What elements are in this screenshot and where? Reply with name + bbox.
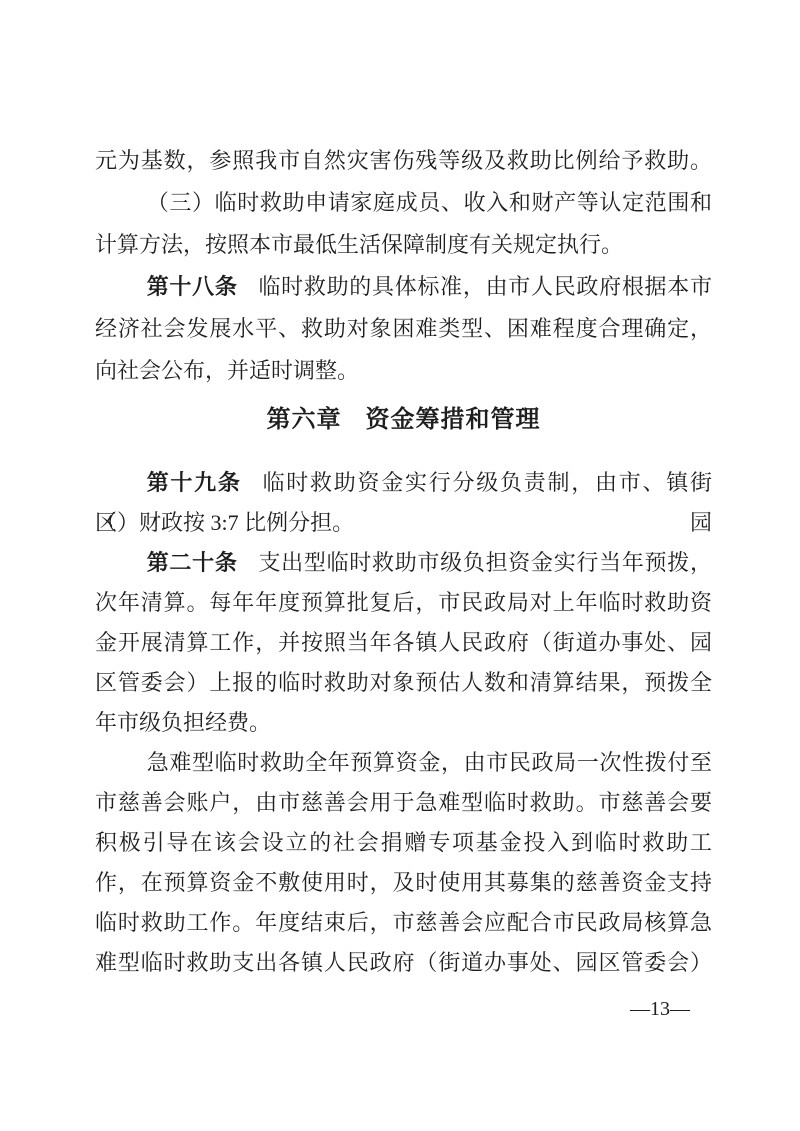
- doc-line-text: 难型临时救助支出各镇人民政府（街道办事处、园区管委会）: [95, 950, 712, 975]
- doc-line-text: 区）财政按 3:7 比例分担。: [95, 510, 354, 535]
- article-number-label: 第十九条: [147, 470, 242, 495]
- chapter-number: 第六章: [267, 406, 342, 433]
- doc-line-text: 支出型临时救助市级负担资金实行当年预拨，: [258, 550, 712, 575]
- doc-line: 作，在预算资金不敷使用时，及时使用其募集的慈善资金支持: [95, 863, 712, 903]
- doc-line-text: 区管委会）上报的临时救助对象预估人数和清算结果，预拨全: [95, 670, 712, 695]
- chapter-title: 资金筹措和管理: [366, 406, 541, 433]
- doc-line: 急难型临时救助全年预算资金，由市民政局一次性拨付至: [95, 743, 712, 783]
- doc-line: 第十九条临时救助资金实行分级负责制，由市、镇街（园: [95, 463, 712, 503]
- doc-line-text: 急难型临时救助全年预算资金，由市民政局一次性拨付至: [147, 750, 712, 775]
- doc-line-text: 元为基数，参照我市自然灾害伤残等级及救助比例给予救助。: [95, 148, 712, 173]
- doc-line: 区管委会）上报的临时救助对象预估人数和清算结果，预拨全: [95, 663, 712, 703]
- doc-line: 第十八条临时救助的具体标准，由市人民政府根据本市: [95, 266, 712, 308]
- doc-line-text: 临时救助工作。年度结束后，市慈善会应配合市民政局核算急: [95, 910, 712, 935]
- doc-line: 金开展清算工作，并按照当年各镇人民政府（街道办事处、园: [95, 623, 712, 663]
- doc-line-text: 年市级负担经费。: [95, 710, 271, 735]
- doc-line: 第二十条支出型临时救助市级负担资金实行当年预拨，: [95, 543, 712, 583]
- doc-line: 临时救助工作。年度结束后，市慈善会应配合市民政局核算急: [95, 903, 712, 943]
- doc-line-text: （三）临时救助申请家庭成员、收入和财产等认定范围和: [147, 190, 712, 215]
- page-footer: —13—: [95, 997, 712, 1021]
- doc-line: 积极引导在该会设立的社会捐赠专项基金投入到临时救助工: [95, 823, 712, 863]
- doc-line: 年市级负担经费。: [95, 703, 712, 743]
- doc-line: 市慈善会账户，由市慈善会用于急难型临时救助。市慈善会要: [95, 783, 712, 823]
- doc-line: （三）临时救助申请家庭成员、收入和财产等认定范围和: [95, 182, 712, 224]
- doc-line-text: 计算方法，按照本市最低生活保障制度有关规定执行。: [95, 232, 623, 257]
- doc-line-text: 向社会公布，并适时调整。: [95, 358, 359, 383]
- doc-line-text: 临时救助的具体标准，由市人民政府根据本市: [258, 274, 712, 299]
- doc-line: 计算方法，按照本市最低生活保障制度有关规定执行。: [95, 224, 712, 266]
- doc-line-text: 经济社会发展水平、救助对象困难类型、困难程度合理确定，: [95, 316, 712, 341]
- article-number-label: 第十八条: [147, 274, 238, 299]
- chapter-heading: 第六章资金筹措和管理: [95, 404, 712, 436]
- page-number: —13—: [630, 998, 690, 1020]
- doc-line: 难型临时救助支出各镇人民政府（街道办事处、园区管委会）: [95, 943, 712, 983]
- doc-line: 元为基数，参照我市自然灾害伤残等级及救助比例给予救助。: [95, 140, 712, 182]
- article-number-label: 第二十条: [147, 550, 238, 575]
- doc-line: 向社会公布，并适时调整。: [95, 350, 712, 392]
- doc-line-text: 金开展清算工作，并按照当年各镇人民政府（街道办事处、园: [95, 630, 712, 655]
- doc-line-text: 市慈善会账户，由市慈善会用于急难型临时救助。市慈善会要: [95, 790, 712, 815]
- document-page: 元为基数，参照我市自然灾害伤残等级及救助比例给予救助。 （三）临时救助申请家庭成…: [0, 0, 800, 1131]
- doc-line-text: 作，在预算资金不敷使用时，及时使用其募集的慈善资金支持: [95, 870, 712, 895]
- doc-line-text: 积极引导在该会设立的社会捐赠专项基金投入到临时救助工: [95, 830, 712, 855]
- doc-line: 次年清算。每年年度预算批复后，市民政局对上年临时救助资: [95, 583, 712, 623]
- doc-line-text: 次年清算。每年年度预算批复后，市民政局对上年临时救助资: [95, 590, 712, 615]
- doc-line: 经济社会发展水平、救助对象困难类型、困难程度合理确定，: [95, 308, 712, 350]
